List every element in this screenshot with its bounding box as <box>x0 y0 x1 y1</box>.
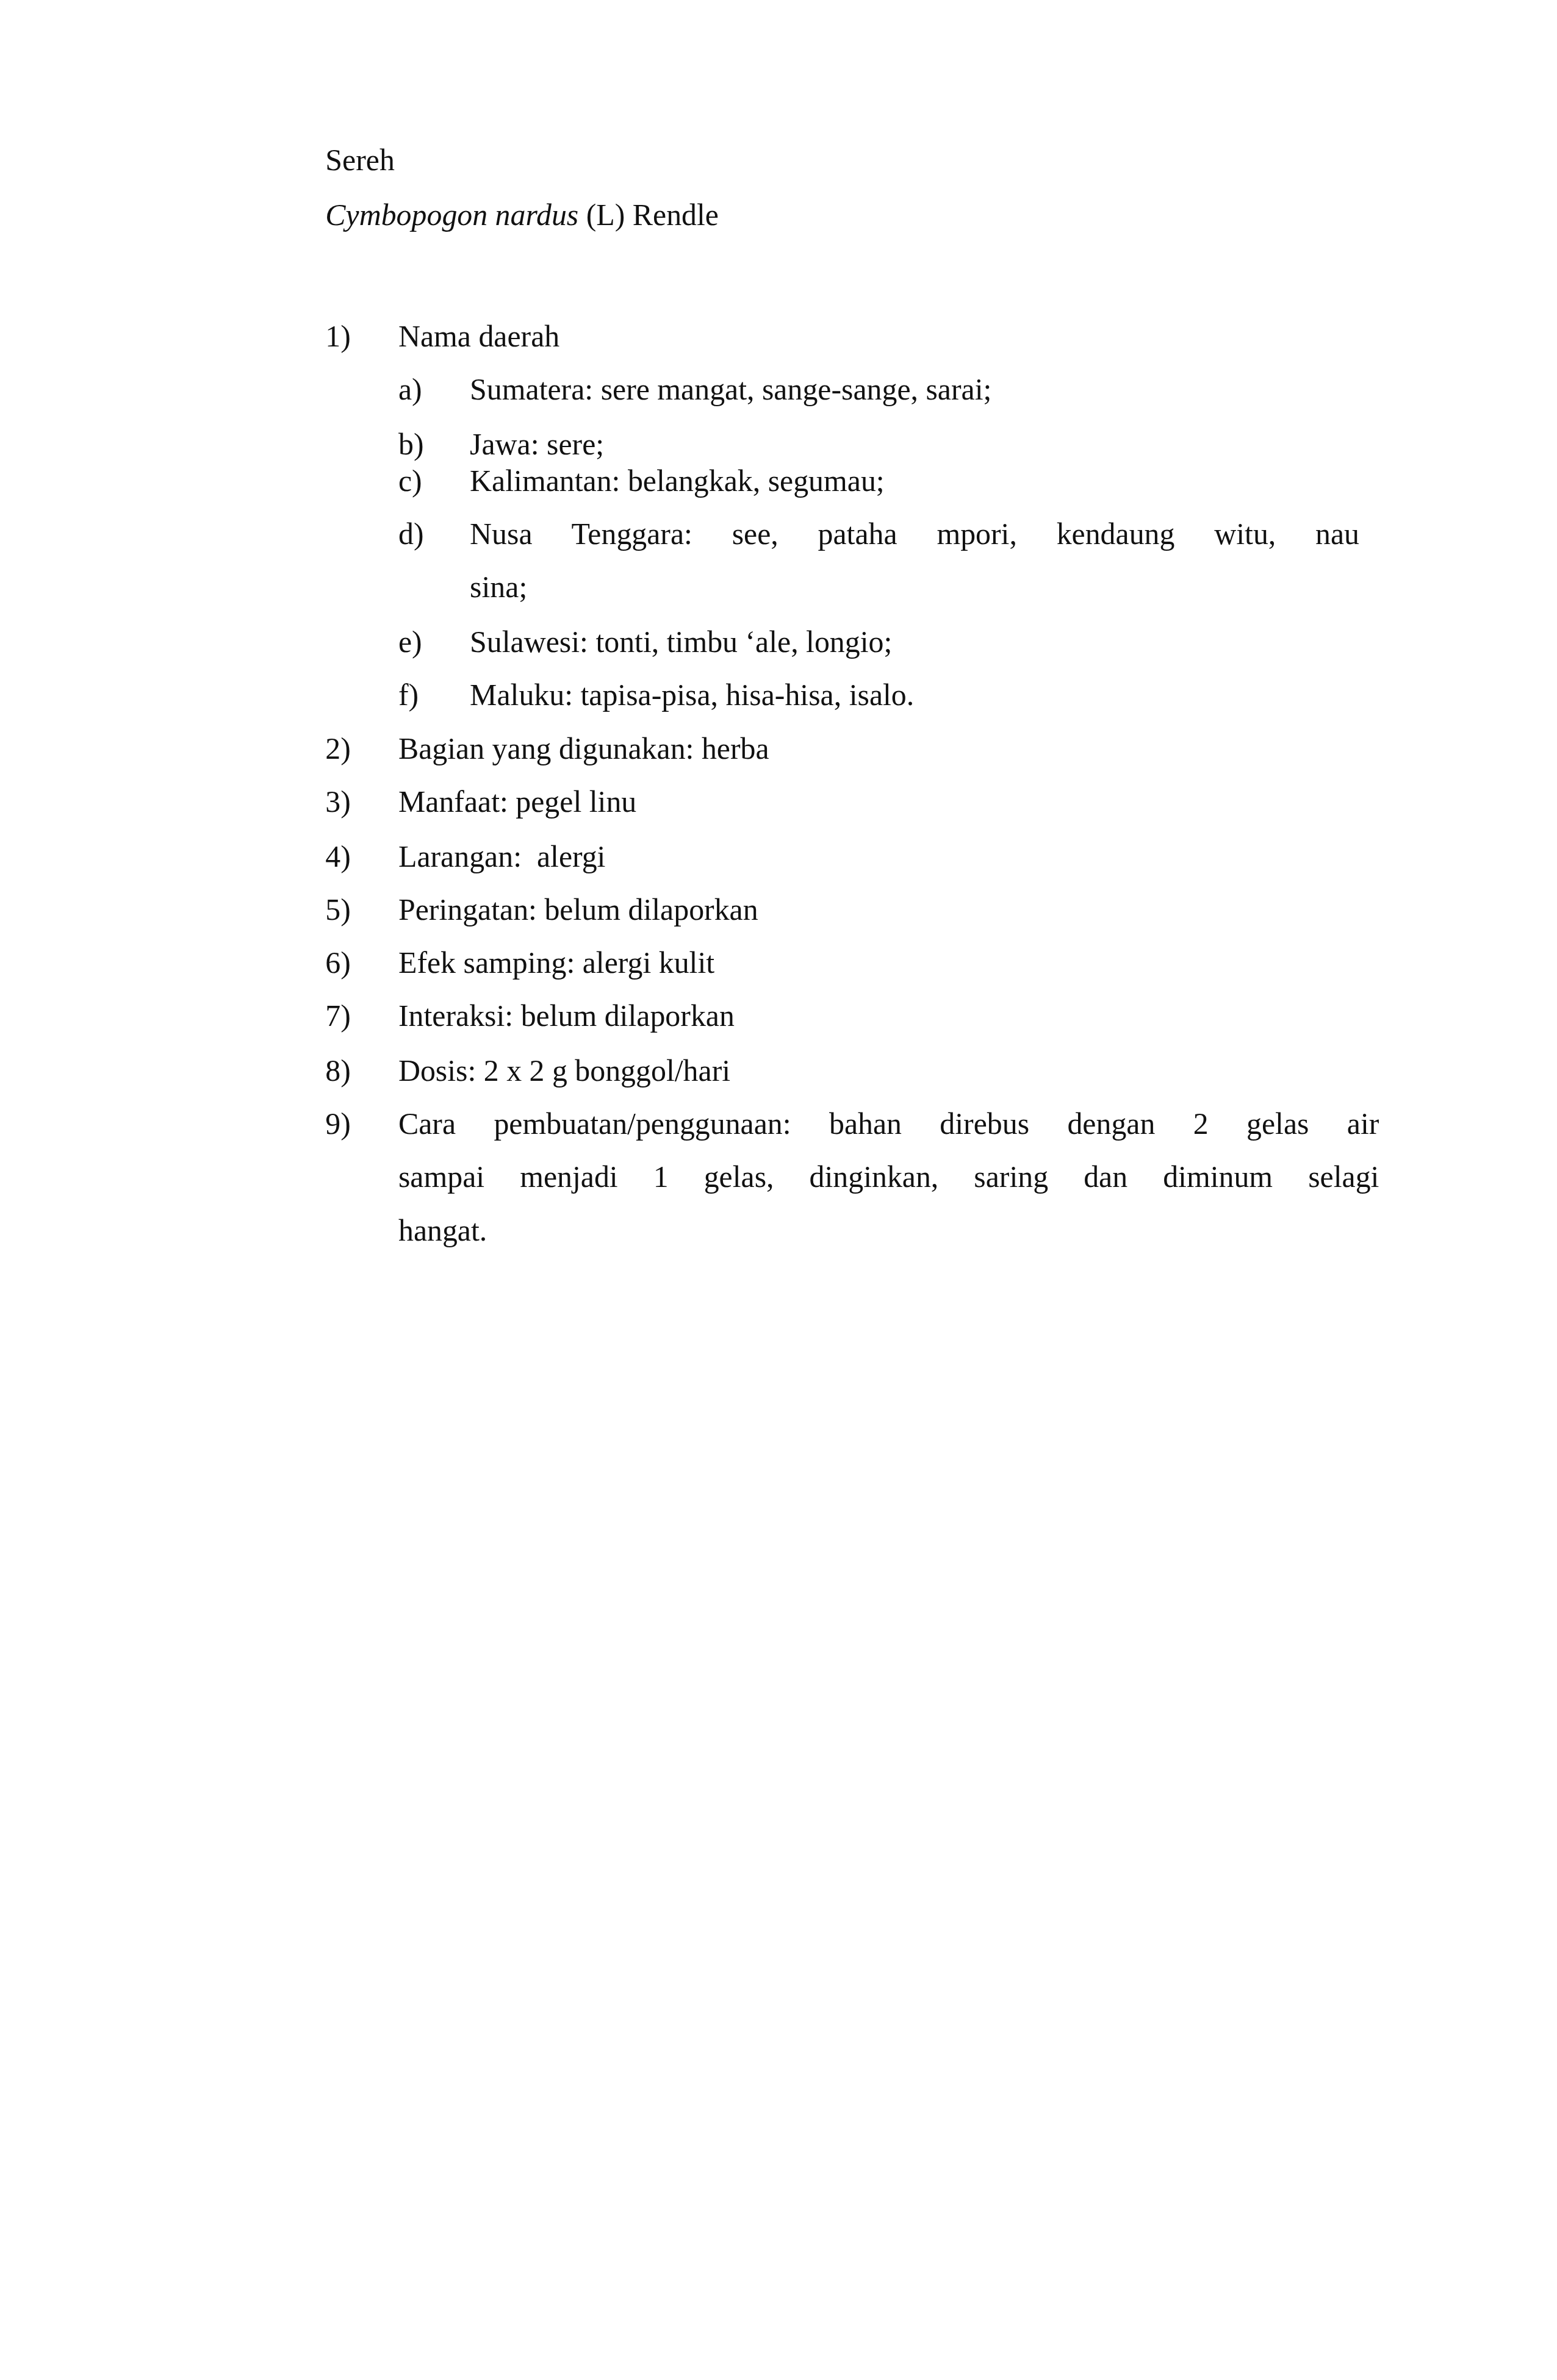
sublist-letter: c) <box>398 464 422 500</box>
list-item-text: Efek samping: alergi kulit <box>398 945 714 982</box>
plant-common-name: Sereh <box>325 143 395 179</box>
sublist-letter: a) <box>398 373 422 409</box>
list-number: 9) <box>325 1106 351 1143</box>
list-item-text: Interaksi: belum dilaporkan <box>398 998 735 1035</box>
list-number: 4) <box>325 839 351 876</box>
sublist-letter: d) <box>398 517 424 553</box>
list-number: 8) <box>325 1053 351 1090</box>
list-number: 5) <box>325 892 351 929</box>
sublist-item-text: Nusa Tenggara: see, pataha mpori, kendau… <box>470 517 1359 553</box>
sublist-item-text-continued: sina; <box>470 570 527 607</box>
list-item-text: Manfaat: pegel linu <box>398 784 636 821</box>
list-item-text: Bagian yang digunakan: herba <box>398 731 769 768</box>
sublist-item-text: Kalimantan: belangkak, segumau; <box>470 464 885 500</box>
list-item-text-continued: sampai menjadi 1 gelas, dinginkan, sarin… <box>398 1160 1379 1197</box>
document-page: Sereh Cymbopogon nardus (L) Rendle 1) Na… <box>0 0 1557 2380</box>
list-number: 3) <box>325 784 351 821</box>
species-binomial: Cymbopogon nardus <box>325 199 578 232</box>
list-number: 6) <box>325 945 351 982</box>
list-item-text: Larangan: alergi <box>398 839 606 876</box>
list-item-text: Dosis: 2 x 2 g bonggol/hari <box>398 1053 730 1090</box>
list-number: 1) <box>325 319 351 356</box>
list-number: 2) <box>325 731 351 768</box>
sublist-item-text: Maluku: tapisa-pisa, hisa-hisa, isalo. <box>470 678 914 715</box>
list-item-text: Nama daerah <box>398 319 559 356</box>
species-author: (L) Rendle <box>586 199 719 232</box>
list-item-text: Peringatan: belum dilaporkan <box>398 892 758 929</box>
sublist-letter: b) <box>398 427 424 464</box>
sublist-item-text: Jawa: sere; <box>470 427 604 464</box>
list-item-text: Cara pembuatan/penggunaan: bahan direbus… <box>398 1106 1379 1143</box>
list-item-text-continued: hangat. <box>398 1213 487 1250</box>
sublist-item-text: Sumatera: sere mangat, sange-sange, sara… <box>470 373 991 409</box>
list-number: 7) <box>325 998 351 1035</box>
sublist-item-text: Sulawesi: tonti, timbu ‘ale, longio; <box>470 625 892 661</box>
sublist-letter: f) <box>398 678 419 715</box>
sublist-letter: e) <box>398 625 422 661</box>
plant-scientific-name: Cymbopogon nardus (L) Rendle <box>325 198 719 234</box>
